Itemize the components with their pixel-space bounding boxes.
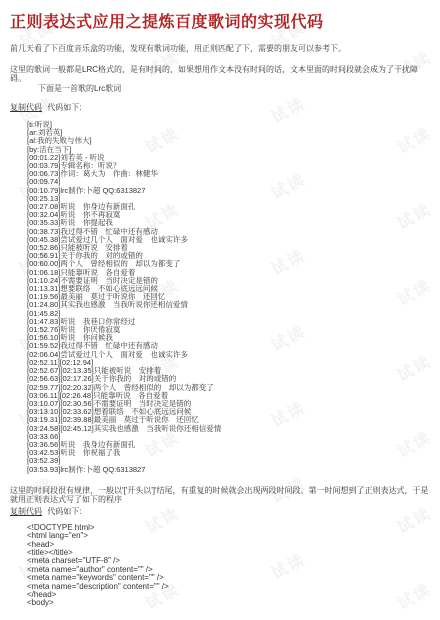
code-follows-label: 代码如下: xyxy=(47,507,81,516)
lyric-line: [al:我的失败与伟大] xyxy=(27,137,430,145)
article-page: 正则表达式应用之提炼百度歌词的实现代码 前几天看了下百度音乐盒的功能，发现有歌词… xyxy=(0,0,440,608)
lrc-note-paragraph: 这里的歌词一般都是LRC格式的，是有时间的，如果想用作文本没有时间的话，文本里面… xyxy=(10,65,430,94)
lyric-line: [00:10.79]lrc制作:卜超 QQ:6313827 xyxy=(27,187,430,195)
lrc-note-indent-line: 下面是一首歌的Lrc歌词 xyxy=(10,84,430,94)
lyric-line: [01:24.80]其实我也感激 当我听说你还相信爱情 xyxy=(27,301,430,309)
code-line: <meta name="description" content="" /> xyxy=(27,583,430,591)
lyrics-block: [ti:听说][ar:刘若英][al:我的失败与伟大][by:活在当下][00:… xyxy=(10,121,430,474)
code-line: <html lang="en"> xyxy=(27,532,430,540)
lyric-line: [03:42.53]听说 你祝福了我 xyxy=(27,449,430,457)
code-line: <body> xyxy=(27,599,430,607)
intro-paragraph: 前几天看了下百度音乐盒的功能，发现有歌词功能，用正则匹配了下，需要的朋友可以参考… xyxy=(10,44,430,54)
copy-code-link[interactable]: 复制代码 xyxy=(10,103,42,112)
copy-code-link[interactable]: 复制代码 xyxy=(10,507,42,516)
regex-note-paragraph: 这里的时间段很有规律，一般以'['开头以']'结尾，有重复的时候就会出现两段时间… xyxy=(10,486,430,505)
code-line: </head> xyxy=(27,591,430,599)
lyric-line: [00:06.73]作词：葛大为 作曲：林健华 xyxy=(27,170,430,178)
lyric-line: [ti:听说] xyxy=(27,121,430,129)
lrc-note-line: 这里的歌词一般都是LRC格式的，是有时间的，如果想用作文本没有时间的话，文本里面… xyxy=(10,65,430,84)
code-follows-label: 代码如下: xyxy=(47,103,81,112)
copy-code-row-2: 复制代码 代码如下: xyxy=(10,507,430,516)
lyric-line: [03:24.58][02:45.12]其实我也感激 当我听说你还相信爱情 xyxy=(27,425,430,433)
copy-code-row-1: 复制代码 代码如下: xyxy=(10,103,430,112)
page-title: 正则表达式应用之提炼百度歌词的实现代码 xyxy=(10,13,430,33)
lyric-line: [03:53.93]lrc制作:卜超 QQ:6313827 xyxy=(27,466,430,474)
code-line: <head> xyxy=(27,541,430,549)
code-block: <!DOCTYPE html><html lang="en"><head><ti… xyxy=(10,524,430,608)
